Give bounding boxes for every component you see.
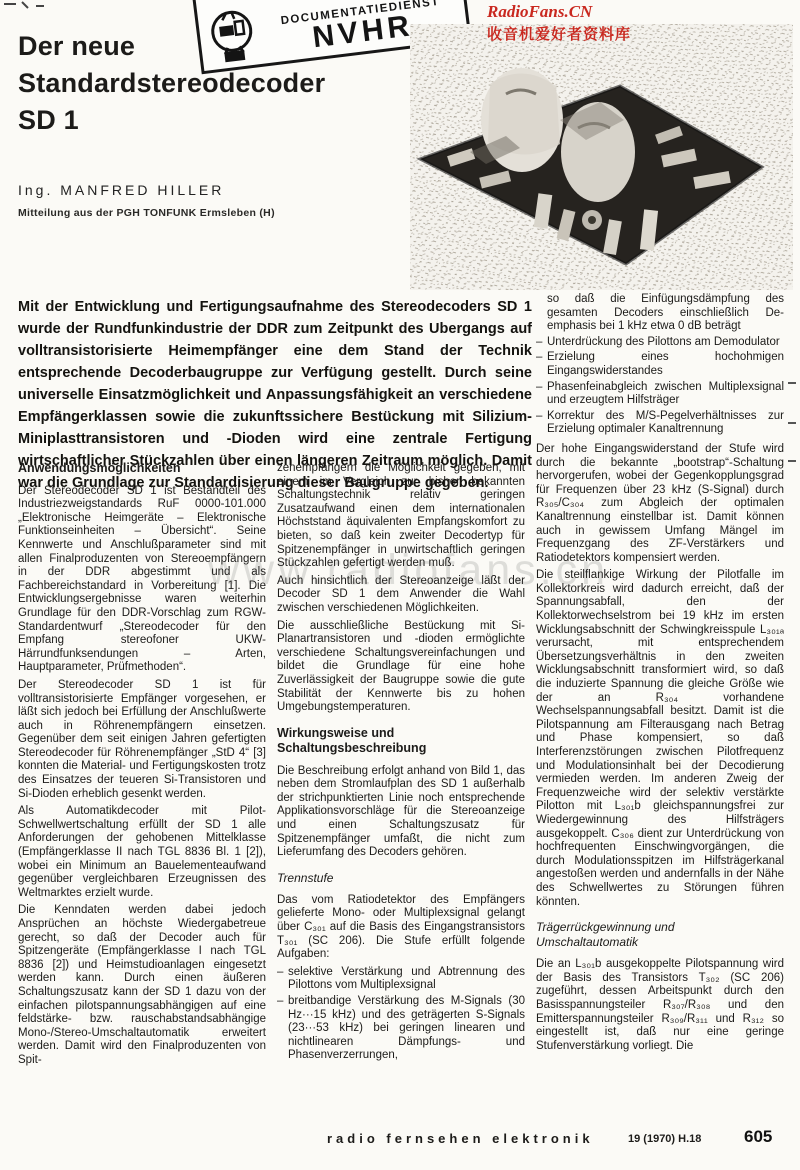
col3-paragraph-1: Der hohe Eingangswiderstand der Stufe wi… [536,443,784,565]
col2-bullet-2: – breitbandige Verstärkung des M-Signals… [277,995,525,1063]
author-affiliation: Mitteilung aus der PGH TONFUNK Ermsleben… [18,207,275,219]
section-heading-wirkungsweise: Wirkungsweise und Schaltungsbeschreibung [277,726,525,756]
title-line-2: Standardstereodecoder [18,65,428,102]
heading-wirkungsweise-line1: Wirkungsweise und [277,726,525,741]
footer-issue: 19 (1970) H.18 [628,1133,701,1145]
col2-paragraph-1: zenempfängern die Möglichkeit gegeben, m… [277,462,525,571]
heading-traeger-line2: Umschaltautomatik [536,935,784,950]
col1-paragraph-4: Die Kenndaten werden dabei jedoch Ansprü… [18,904,266,1067]
red-watermark-line2: 收音机爱好者资料库 [487,23,631,44]
col3-bullet-4: – Korrektur des M/S-Pegelverhältnisses z… [536,410,784,437]
col2-bullet-1-text: selektive Verstärkung und Abtrennung des… [288,966,525,993]
bullet-dash: – [277,995,288,1063]
magazine-page: DOCUMENTATIEDIENST NVHR RadioFans.CN 收音机… [0,0,800,1170]
footer-page-number: 605 [744,1127,772,1147]
col2-paragraph-3: Die ausschließliche Bestückung mit Si-Pl… [277,620,525,715]
margin-mark [788,422,796,424]
footer-journal-name: radio fernsehen elektronik [327,1131,594,1146]
col3-bullet-4-text: Korrektur des M/S-Pegelverhältnisses zur… [547,410,784,437]
bullet-dash: – [536,351,547,378]
heading-traeger-line1: Trägerrückgewinnung und [536,920,784,935]
col2-paragraph-4: Die Beschreibung erfolgt anhand von Bild… [277,765,525,860]
col3-bullet-1: – Unterdrückung des Pilottons am Demodul… [536,336,784,350]
col3-bullet-1-text: Unterdrückung des Pilottons am Demodulat… [547,336,784,350]
bullet-dash: – [536,381,547,408]
col2-paragraph-5: Das vom Ratiodetektor des Empfängers gel… [277,894,525,962]
subsection-heading-traegerrueckgewinnung: Trägerrückgewinnung und Umschaltautomati… [536,920,784,950]
col3-bullet-3-text: Phasenfeinabgleich zwischen Multiplexsig… [547,381,784,408]
col3-paragraph-3: Die an L₃₀₁b ausgekoppelte Pilotspannung… [536,958,784,1053]
margin-mark [788,460,796,462]
title-line-3: SD 1 [18,102,428,139]
bullet-dash: – [536,410,547,437]
column-3: so daß die Einfügungsdämpfung des gesamt… [536,293,784,1125]
col3-paragraph-2: Die steilflankige Wirkung der Pilotfalle… [536,569,784,909]
col3-bullet-continuation: so daß die Einfügungsdämpfung des gesamt… [536,293,784,334]
col1-paragraph-2: Der Stereodecoder SD 1 ist für volltrans… [18,679,266,801]
col3-bullet-2: – Erzielung eines hochohmigen Eingangswi… [536,351,784,378]
subsection-heading-trennstufe: Trennstufe [277,871,525,886]
red-watermark-line1: RadioFans.CN [487,2,631,22]
column-1: Anwendungsmöglichkeiten Der Stereodecode… [18,462,266,1124]
margin-mark [788,382,796,384]
col2-bullet-2-text: breitbandige Verstärkung des M-Signals (… [288,995,525,1063]
title-line-1: Der neue [18,28,428,65]
col2-bullet-1: – selektive Verstärkung und Abtrennung d… [277,966,525,993]
col1-paragraph-1: Der Stereodecoder SD 1 ist Bestandteil d… [18,485,266,675]
col2-paragraph-2: Auch hinsichtlich der Stereoanzeige läßt… [277,575,525,616]
section-heading-anwendungsmoeglichkeiten: Anwendungsmöglichkeiten [18,462,266,476]
pcb-photo [410,24,793,290]
bullet-dash: – [277,966,288,993]
col3-bullet-3: – Phasenfeinabgleich zwischen Multiplexs… [536,381,784,408]
author-name: Ing. MANFRED HILLER [18,182,224,198]
scan-corner-marks [2,0,72,12]
col3-bullet-2-text: Erzielung eines hochohmigen Eingangswide… [547,351,784,378]
bullet-dash: – [536,336,547,350]
heading-wirkungsweise-line2: Schaltungsbeschreibung [277,741,525,756]
col1-paragraph-3: Als Automatikdecoder mit Pilot-Schwellwe… [18,805,266,900]
column-2: zenempfängern die Möglichkeit gegeben, m… [277,462,525,1124]
red-watermark: RadioFans.CN 收音机爱好者资料库 [487,2,631,44]
article-title: Der neue Standardstereodecoder SD 1 [18,28,428,139]
